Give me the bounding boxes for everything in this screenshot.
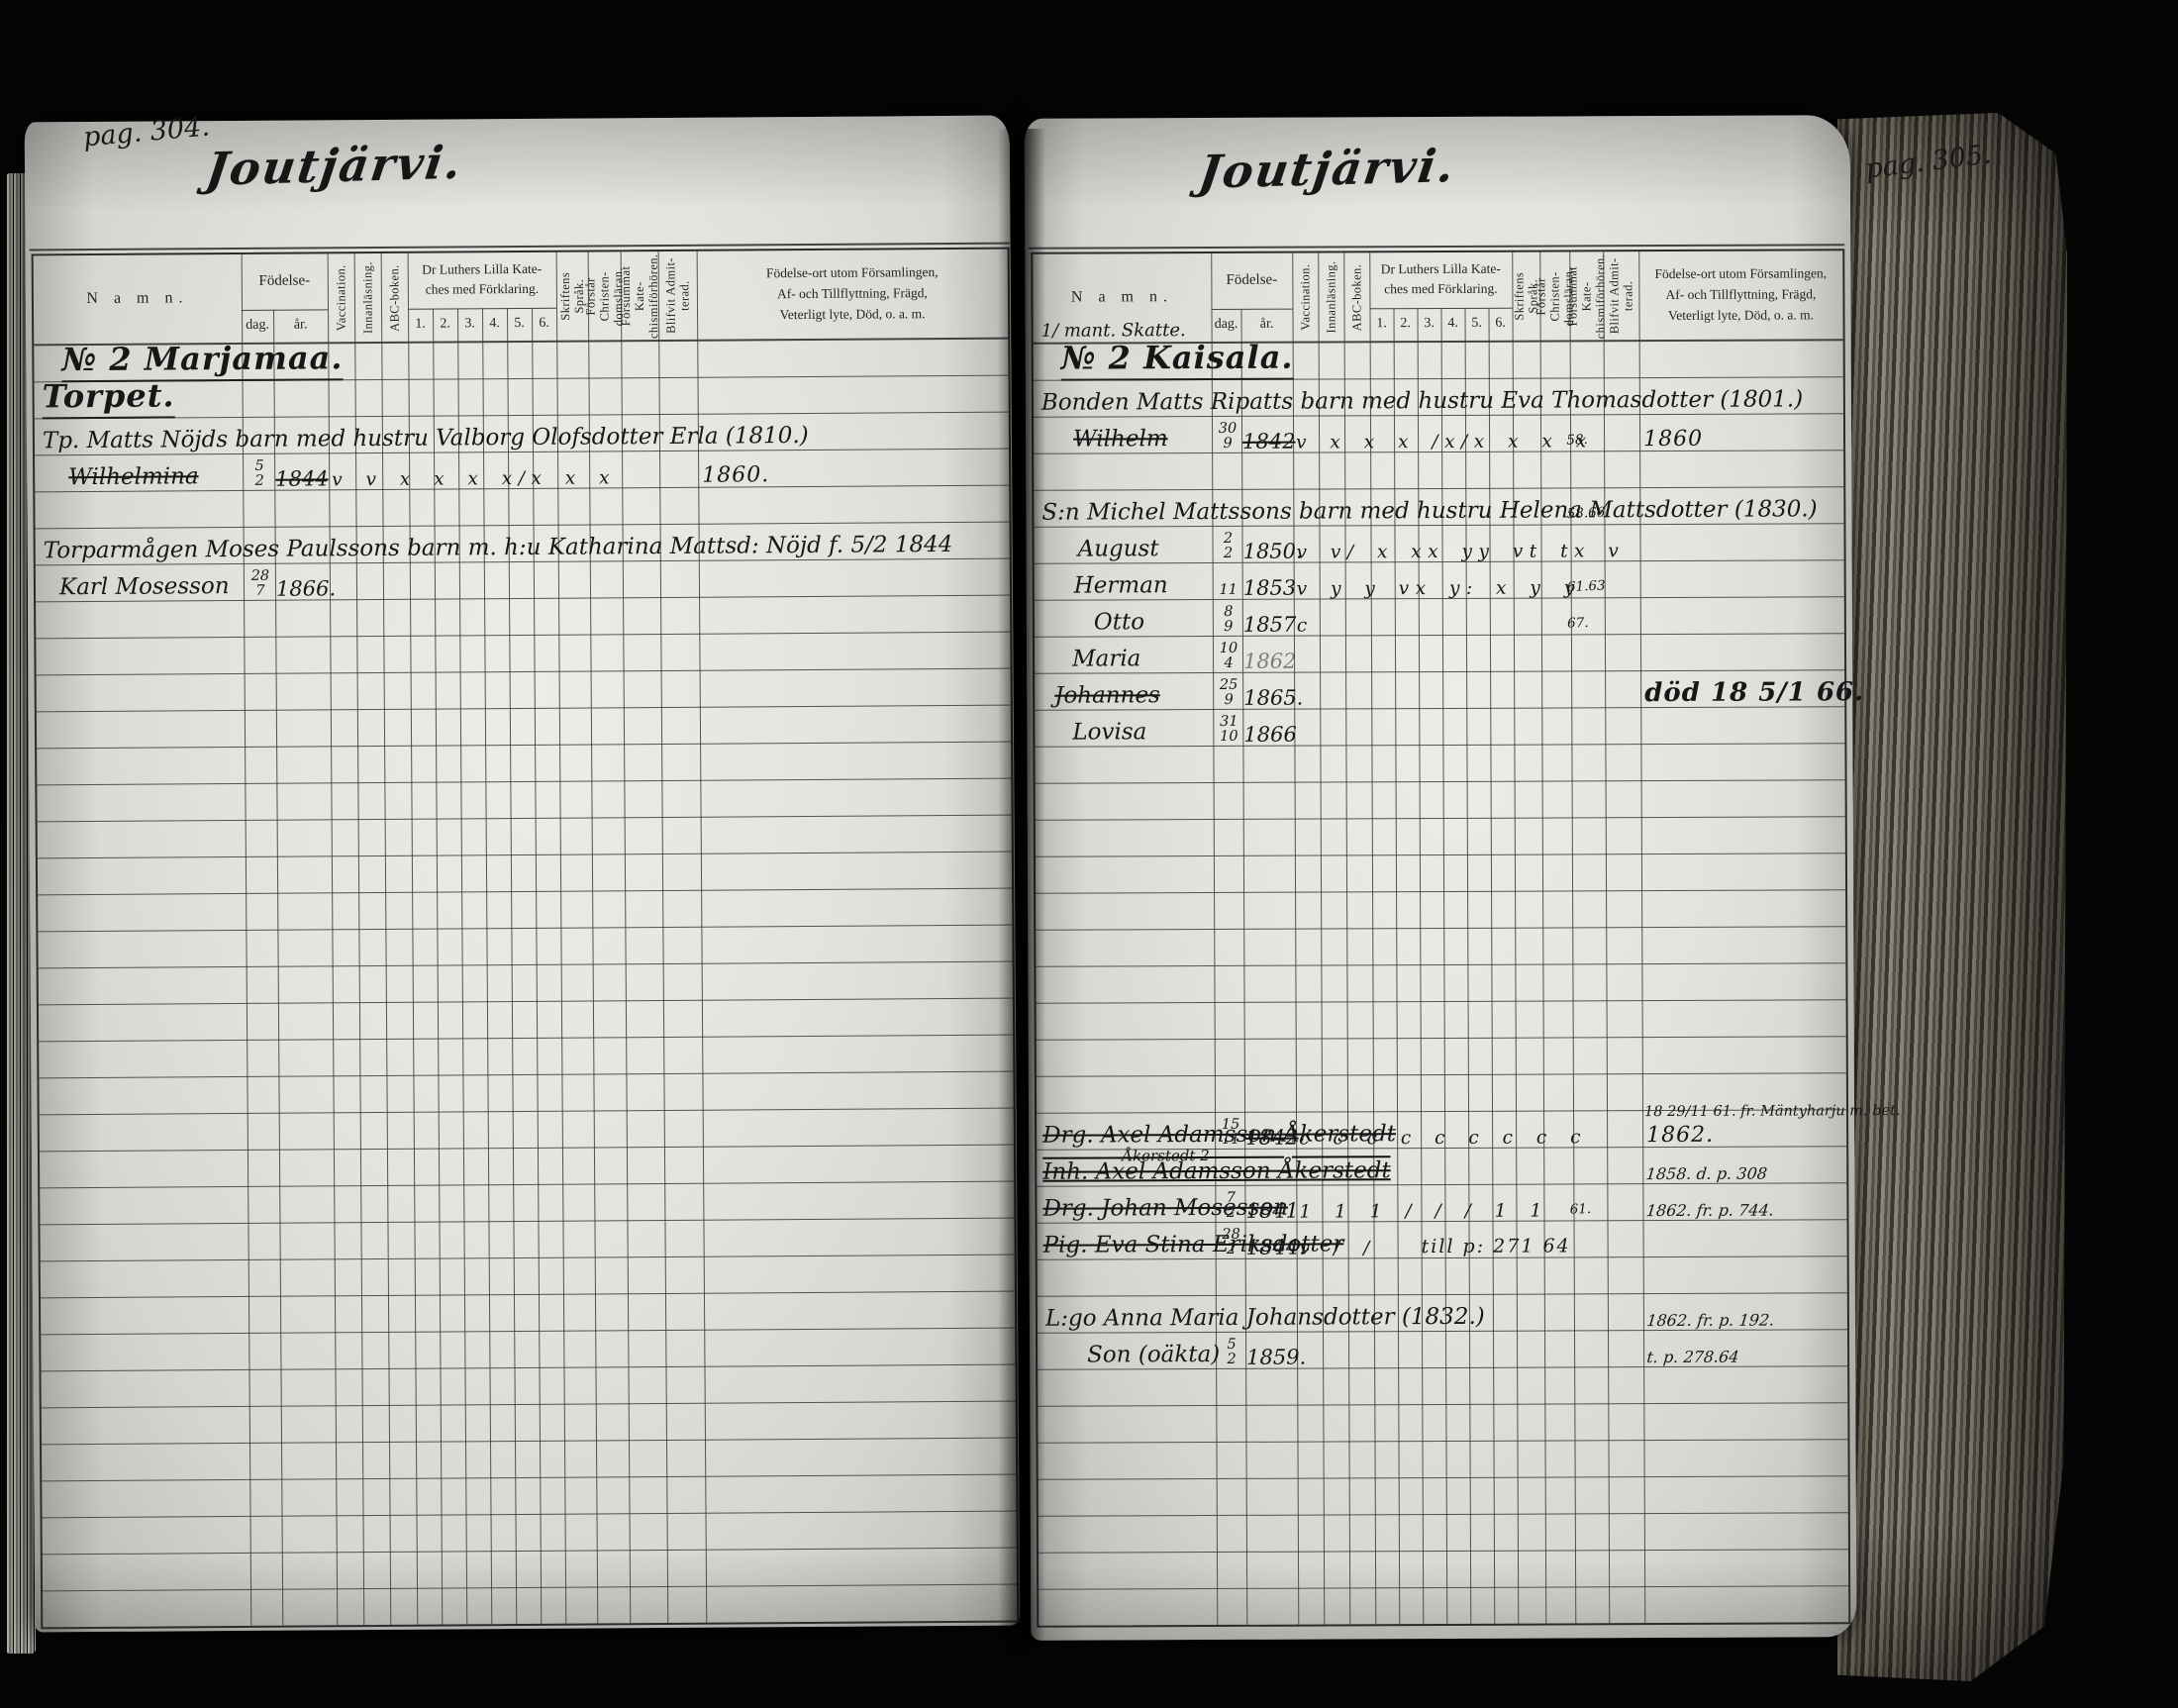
margin-note: t. p. 278.64 [1645,1330,1741,1373]
birth-year: 1857 [1243,599,1297,640]
col-header-innanlasning: Innanläsning. [355,255,381,341]
birth-day-part: 15 [1222,1118,1240,1133]
col-header-fodelse: Födelse- [242,259,328,302]
col-header-katekes-n: 2. [433,308,457,340]
col-header-vaccination: Vaccination. [1293,255,1317,341]
col-header-blifvit_admitterad: Blifvit Admit- terad. [659,253,697,339]
col-header-abc_boken: ABC-boken. [1344,254,1368,340]
admission-note: 58. [1565,418,1588,448]
birth-day-part: 11 [1219,582,1237,597]
birth-day-part: 2 [1224,532,1233,547]
col-header-katekes-n: 6. [1488,308,1512,340]
col-header-katekes-n: 3. [457,308,482,340]
col-header-katekes-n: 4. [482,308,507,340]
birth-year: 1866. [276,562,336,603]
col-header-katekes-n: 5. [507,308,532,340]
birth-year: 1862 [1243,636,1297,676]
table-top-rule [1029,244,1844,249]
record-marks: v x x x /x/x x x x [1296,414,1593,456]
birth-day-part: 9 [1225,692,1234,707]
page-title: Joutjärvi. [1196,126,1460,196]
col-header-katekes-n: 5. [1464,308,1488,340]
entry-name: Wilhelmina [68,446,199,492]
margin-note: 1860. [702,450,769,489]
col-header-forsummat_katechismiforhoren: Försummat Kate- chismiförhören. [622,253,658,339]
entry-name: Son (oäkta) [1087,1324,1220,1370]
birth-day-cell: 11 [1210,563,1247,597]
birth-day-cell: 309 [1209,417,1246,451]
record-marks: v / / [1300,1221,1376,1262]
birth-day-part: 5 [1227,1338,1236,1353]
birth-day-cell: 259 [1210,673,1247,707]
birth-year: 1866 [1243,709,1297,750]
entry-name: Wilhelm [1073,408,1168,453]
col-header-vaccination: Vaccination. [329,255,354,341]
margin-note: 1860 [1643,414,1703,453]
birth-day-part: 30 [1219,422,1237,437]
col-header-notes: Veterligt lyte, Död, o. a. m. [697,304,1008,326]
col-header-katekes-n: 4. [1440,308,1464,340]
col-header-forsummat_katechismiforhoren: Försummat Kate- chismiförhören. [1570,253,1602,339]
col-header-notes: Veterligt lyte, Död, o. a. m. [1638,305,1842,326]
right-page: Joutjärvi.N a m n.Födelse-dag.år.Vaccina… [1025,115,1857,1641]
col-header-katekes-n: 3. [1417,308,1440,340]
birth-day-part: 7 [1227,1191,1236,1206]
admission-note: 58.66 [1566,491,1606,521]
record-note: till p: 271 64 [1422,1220,1571,1262]
birth-day-part: 2 [255,473,264,488]
record-marks: c [1297,599,1314,641]
birth-day-part: 2 [1224,546,1233,560]
col-header-notes: Födelse-ort utom Församlingen, [1638,263,1842,284]
col-header-blifvit_admitterad: Blifvit Admit- terad. [1604,253,1637,339]
birth-year: 1865. [1243,672,1303,713]
page-title: Joutjärvi. [203,123,467,193]
col-header-katekes: Dr Luthers Lilla Kate- [408,259,556,280]
col-header-katekes: Dr Luthers Lilla Kate- [1369,259,1512,280]
birth-year: 1844 [275,452,329,493]
birth-day-part: 10 [1220,642,1238,656]
col-header-innanlasning: Innanläsning. [1319,254,1342,340]
birth-day-cell: 104 [1210,637,1247,670]
record-marks: v y y vx y: x y y [1297,560,1581,603]
margin-note: 1862. fr. p. 744. [1644,1183,1776,1228]
birth-day-part: 31 [1220,715,1238,730]
birth-year: 1853 [1243,562,1297,603]
birth-day-part: 7 [255,583,264,598]
col-header-katekes-n: 2. [1393,308,1417,340]
birth-day-part: 5 [254,459,263,474]
col-header-notes: Födelse-ort utom Församlingen, [697,262,1008,284]
admission-note: 67. [1566,601,1589,631]
col-header-katekes: ches med Förklaring. [408,279,556,300]
col-header-katekes-n: 6. [532,308,556,340]
birth-day-cell: 282 [1213,1223,1250,1256]
margin-note: 1862. [1646,1110,1714,1150]
entry-name: Lovisa [1072,701,1146,747]
book-gutter [998,129,1045,1644]
col-header-namn: N a m n. [34,254,243,343]
birth-day-part: 25 [1220,678,1238,693]
birth-day-part: 10 [1220,729,1238,744]
birth-day-part: 2 [1227,1242,1236,1256]
birth-day-part: 9 [1224,619,1233,634]
birth-year: 1842 [1242,416,1296,456]
book-scan: Joutjärvi.N a m n.Födelse-dag.år.Vaccina… [0,0,2178,1708]
birth-day-part: 8 [1224,605,1233,620]
entry-name: Karl Mosesson [59,555,230,602]
col-header-notes: Af- och Tillflyttning, Frägd, [1638,284,1842,305]
birth-day-cell: 89 [1210,600,1247,634]
col-header-abc_boken: ABC-boken. [382,255,408,341]
left-page: Joutjärvi.N a m n.Födelse-dag.år.Vaccina… [25,116,1021,1633]
book-fore-edge [1837,113,2067,1681]
birth-day-cell: 287 [241,564,280,598]
birth-day-part: 4 [1224,655,1233,670]
birth-day-cell: 52 [1213,1333,1250,1366]
col-header-fodelse: Födelse- [1211,259,1292,301]
birth-day-part: 2 [1227,1352,1236,1366]
birth-day-cell: 22 [1209,527,1246,560]
admission-note: 61.63 [1566,564,1606,594]
birth-year: 1859. [1246,1332,1306,1372]
margin-note: död 18 5/1 66. [1644,669,1864,709]
fore-edge-shade [1837,113,2067,1681]
birth-year: 1850. [1242,526,1302,566]
col-header-notes: Af- och Tillflyttning, Frägd, [697,283,1008,305]
col-header-katekes: ches med Förklaring. [1369,279,1512,300]
birth-day-cell: 52 [240,454,279,488]
col-header-forstar_christendomslaran: Förstår Christen- domsläran. [589,253,621,339]
birth-day-part: 28 [1222,1228,1240,1243]
birth-day-part: 28 [251,569,270,584]
col-header-katekes-n: 1. [1369,308,1393,340]
birth-year: 1844. [1246,1222,1306,1262]
admission-note: 61. [1569,1187,1592,1217]
birth-day-cell: 3110 [1210,710,1247,744]
birth-day-part: 9 [1223,436,1232,451]
col-header-katekes-n: 1. [408,309,433,341]
record-marks: v v x x x x/x x x [332,451,616,494]
